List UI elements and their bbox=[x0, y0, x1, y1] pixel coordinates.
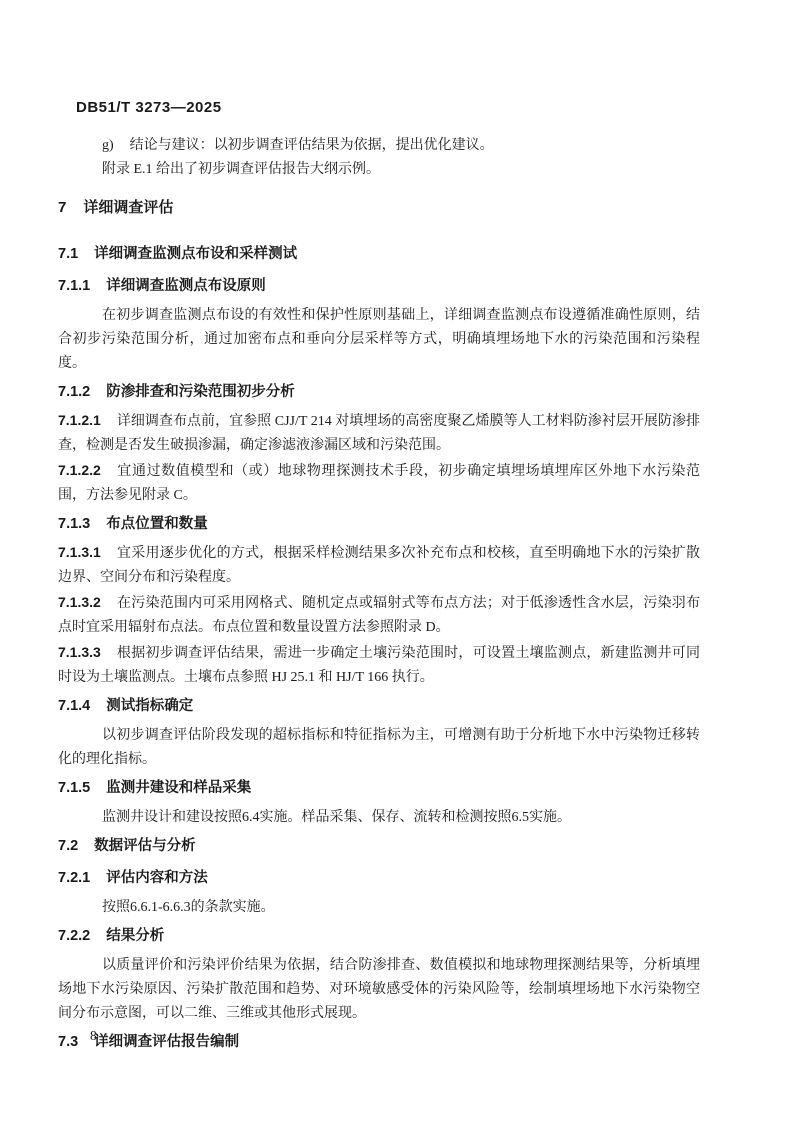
clause-number: 7.1.3.2 bbox=[58, 594, 101, 610]
clause-number: 7.1.2.1 bbox=[58, 412, 101, 428]
heading-7-1-4: 7.1.4测试指标确定 bbox=[58, 694, 700, 718]
clause-7-1-3-2: 7.1.3.2在污染范围内可采用网格式、随机定点或辐射式等布点方法；对于低渗透性… bbox=[58, 590, 700, 640]
heading-7-3: 7.3详细调查评估报告编制 bbox=[58, 1030, 700, 1054]
document-page: DB51/T 3273—2025 g)结论与建议：以初步调查评估结果为依据，提出… bbox=[0, 0, 794, 1123]
clause-text: 根据初步调查评估结果，需进一步确定土壤污染范围时，可设置土壤监测点，新建监测井可… bbox=[58, 646, 700, 685]
heading-number: 7.1.4 bbox=[58, 698, 90, 714]
heading-7-1: 7.1详细调查监测点布设和采样测试 bbox=[58, 242, 700, 266]
clause-text: 宜采用逐步优化的方式，根据采样检测结果多次补充布点和校核，直至明确地下水的污染扩… bbox=[58, 546, 700, 585]
heading-title: 评估内容和方法 bbox=[106, 870, 208, 886]
paragraph-7-2-1: 按照6.6.1-6.6.3的条款实施。 bbox=[58, 896, 700, 920]
document-body: DB51/T 3273—2025 g)结论与建议：以初步调查评估结果为依据，提出… bbox=[58, 100, 700, 1058]
heading-number: 7.2.1 bbox=[58, 870, 90, 886]
heading-7-1-3: 7.1.3布点位置和数量 bbox=[58, 512, 700, 536]
heading-number: 7.1 bbox=[58, 246, 78, 262]
heading-7-1-1: 7.1.1详细调查监测点布设原则 bbox=[58, 274, 700, 298]
heading-7-2: 7.2数据评估与分析 bbox=[58, 834, 700, 858]
heading-title: 详细调查监测点布设和采样测试 bbox=[94, 246, 297, 262]
clause-7-1-3-3: 7.1.3.3根据初步调查评估结果，需进一步确定土壤污染范围时，可设置土壤监测点… bbox=[58, 640, 700, 690]
heading-number: 7.1.2 bbox=[58, 384, 90, 400]
document-code: DB51/T 3273—2025 bbox=[76, 100, 700, 116]
heading-title: 结果分析 bbox=[106, 928, 164, 944]
paragraph-7-1-5: 监测井设计和建设按照6.4实施。样品采集、保存、流转和检测按照6.5实施。 bbox=[58, 806, 700, 830]
list-item-text: 结论与建议：以初步调查评估结果为依据，提出优化建议。 bbox=[130, 138, 494, 153]
clause-number: 7.1.3.3 bbox=[58, 644, 101, 660]
heading-number: 7.1.3 bbox=[58, 516, 90, 532]
heading-number: 7.1.5 bbox=[58, 780, 90, 796]
heading-title: 数据评估与分析 bbox=[94, 838, 196, 854]
heading-title: 防渗排查和污染范围初步分析 bbox=[106, 384, 295, 400]
clause-text: 宜通过数值模型和（或）地球物理探测技术手段，初步确定填埋场填埋库区外地下水污染范… bbox=[58, 464, 700, 503]
heading-title: 监测井建设和样品采集 bbox=[106, 780, 251, 796]
heading-number: 7 bbox=[58, 199, 66, 216]
heading-7-2-2: 7.2.2结果分析 bbox=[58, 924, 700, 948]
heading-title: 测试指标确定 bbox=[106, 698, 193, 714]
page-number: 8 bbox=[90, 1028, 97, 1044]
heading-title: 详细调查监测点布设原则 bbox=[106, 278, 266, 294]
appendix-note: 附录 E.1 给出了初步调查评估报告大纲示例。 bbox=[58, 158, 700, 182]
clause-7-1-3-1: 7.1.3.1宜采用逐步优化的方式，根据采样检测结果多次补充布点和校核，直至明确… bbox=[58, 540, 700, 590]
paragraph-7-1-1: 在初步调查监测点布设的有效性和保护性原则基础上，详细调查监测点布设遵循准确性原则… bbox=[58, 304, 700, 376]
clause-text: 详细调查布点前，宜参照 CJJ/T 214 对填埋场的高密度聚乙烯膜等人工材料防… bbox=[58, 414, 700, 453]
heading-7-1-5: 7.1.5监测井建设和样品采集 bbox=[58, 776, 700, 800]
clause-7-1-2-1: 7.1.2.1详细调查布点前，宜参照 CJJ/T 214 对填埋场的高密度聚乙烯… bbox=[58, 408, 700, 458]
paragraph-7-2-2: 以质量评价和污染评价结果为依据，结合防渗排查、数值模拟和地球物理探测结果等，分析… bbox=[58, 954, 700, 1026]
heading-number: 7.1.1 bbox=[58, 278, 90, 294]
clause-7-1-2-2: 7.1.2.2宜通过数值模型和（或）地球物理探测技术手段，初步确定填埋场填埋库区… bbox=[58, 458, 700, 508]
heading-7-1-2: 7.1.2防渗排查和污染范围初步分析 bbox=[58, 380, 700, 404]
heading-number: 7.2.2 bbox=[58, 928, 90, 944]
clause-number: 7.1.2.2 bbox=[58, 462, 101, 478]
clause-number: 7.1.3.1 bbox=[58, 544, 101, 560]
heading-number: 7.2 bbox=[58, 838, 78, 854]
paragraph-7-1-4: 以初步调查评估阶段发现的超标指标和特征指标为主，可增测有助于分析地下水中污染物迁… bbox=[58, 724, 700, 772]
heading-number: 7.3 bbox=[58, 1034, 78, 1050]
heading-title: 布点位置和数量 bbox=[106, 516, 208, 532]
heading-7: 7详细调查评估 bbox=[58, 196, 700, 220]
heading-title: 详细调查评估报告编制 bbox=[94, 1034, 239, 1050]
list-item-marker: g) bbox=[102, 134, 114, 158]
list-item-g: g)结论与建议：以初步调查评估结果为依据，提出优化建议。 bbox=[58, 134, 700, 158]
heading-title: 详细调查评估 bbox=[83, 199, 173, 216]
heading-7-2-1: 7.2.1评估内容和方法 bbox=[58, 866, 700, 890]
clause-text: 在污染范围内可采用网格式、随机定点或辐射式等布点方法；对于低渗透性含水层，污染羽… bbox=[58, 596, 700, 635]
